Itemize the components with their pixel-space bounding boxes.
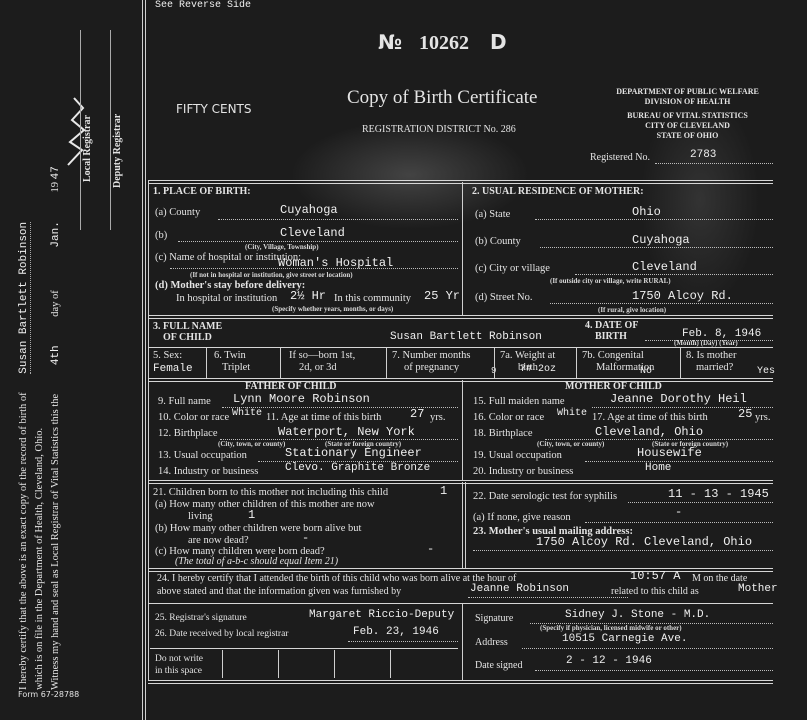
cert-year: 47	[50, 166, 62, 179]
column-divider	[462, 182, 463, 315]
stay-in-hospital: 2½ Hr	[290, 289, 326, 303]
residence-state: Ohio	[632, 205, 661, 219]
underline	[473, 550, 773, 551]
father-name: Lynn Moore Robinson	[233, 392, 370, 406]
divider	[148, 480, 773, 484]
witness-line: Witness my hand and seal as Local Regist…	[50, 166, 62, 690]
strip-border	[142, 0, 143, 720]
informant-name: Jeanne Robinson	[470, 583, 569, 595]
mother-age: 25	[738, 407, 752, 421]
date-received: Feb. 23, 1946	[353, 626, 439, 638]
registered-number-label: Registered No.	[590, 152, 650, 163]
father-heading: FATHER OF CHILD	[245, 381, 336, 392]
cell-divider	[576, 348, 577, 378]
strip-border	[145, 0, 146, 720]
informant-relation: Mother	[738, 583, 778, 595]
cell-divider	[334, 650, 335, 678]
cell-divider	[680, 348, 681, 378]
underline	[348, 641, 458, 642]
form-number: Form 67-28788	[18, 690, 79, 699]
underline	[178, 241, 458, 242]
cert-day: 4th	[50, 345, 62, 365]
attendant-signature: Sidney J. Stone - M.D.	[565, 609, 710, 621]
divider	[148, 378, 773, 382]
mother-heading: MOTHER OF CHILD	[565, 381, 662, 392]
mother-birthplace: Cleveland, Ohio	[595, 425, 703, 439]
column-divider	[462, 482, 463, 568]
underline	[535, 670, 773, 671]
cell-divider	[386, 348, 387, 378]
underline	[628, 502, 773, 503]
registered-number: 2783	[690, 149, 716, 161]
congenital-malformation: No	[640, 366, 652, 377]
serologic-test-date: 11 - 13 - 1945	[668, 487, 769, 501]
cert-line-2: which is on file in the Department of He…	[34, 428, 45, 690]
underline	[218, 219, 458, 220]
cell-divider	[280, 348, 281, 378]
father-industry: Clevo. Graphite Bronze	[285, 462, 430, 474]
children-count: 1	[440, 484, 447, 498]
residence-city: Cleveland	[632, 260, 697, 274]
residence-county: Cuyahoga	[632, 233, 690, 247]
residence-street: 1750 Alcoy Rd.	[632, 289, 733, 303]
signature-line	[110, 30, 111, 230]
underline	[585, 522, 773, 523]
date-signed: 2 - 12 - 1946	[566, 655, 652, 667]
underline	[575, 274, 773, 275]
fee-label: FIFTY CENTS	[176, 102, 252, 116]
mother-industry: Home	[645, 462, 671, 474]
cell-divider	[206, 348, 207, 378]
column-divider	[465, 482, 466, 568]
underline	[468, 597, 628, 598]
divider	[150, 648, 458, 649]
cert-child-name: Susan Bartlett Robinson	[18, 222, 31, 374]
stay-in-community: 25 Yr	[424, 289, 460, 303]
father-birthplace: Waterport, New York	[278, 425, 415, 439]
underline	[535, 219, 773, 220]
mother-mailing-address: 1750 Alcoy Rd. Cleveland, Ohio	[536, 535, 752, 549]
see-reverse-side: See Reverse Side	[155, 0, 251, 11]
underline	[540, 247, 773, 248]
mother-race: White	[557, 408, 587, 419]
father-occupation: Stationary Engineer	[285, 446, 422, 460]
column-divider	[462, 380, 463, 480]
birth-hospital: Woman's Hospital	[278, 256, 393, 270]
underline	[585, 461, 773, 462]
children-living: 1	[248, 508, 255, 522]
cert-month: Jan.	[50, 221, 62, 247]
form-border	[148, 180, 149, 680]
column-divider	[462, 604, 463, 680]
mother-maiden-name: Jeanne Dorothy Heil	[610, 392, 747, 406]
cell-divider	[390, 650, 391, 678]
cell-divider	[278, 650, 279, 678]
children-born-dead: -	[427, 542, 434, 556]
father-age: 27	[410, 407, 424, 421]
registrar-signature: Margaret Riccio-Deputy	[309, 609, 454, 621]
cert-line-1: I hereby certify that the above is an ex…	[18, 222, 30, 690]
document-title: Copy of Birth Certificate	[347, 87, 537, 109]
cell-divider	[494, 348, 495, 378]
certificate-number: № 10262 D	[378, 30, 507, 55]
divider	[148, 315, 773, 319]
signature-line	[80, 30, 81, 230]
serologic-none-reason: -	[675, 505, 682, 519]
attendant-address: 10515 Carnegie Ave.	[562, 633, 687, 645]
mother-married: Yes	[757, 366, 775, 377]
mother-occupation: Housewife	[637, 446, 702, 460]
underline	[550, 303, 773, 304]
birth-city: Cleveland	[280, 226, 345, 240]
divider	[148, 180, 773, 184]
children-now-dead: -	[302, 531, 309, 545]
do-not-write-label: Do not write in this space	[155, 653, 203, 677]
birth-weight: 7# 2oz	[520, 364, 556, 375]
underline	[655, 163, 773, 164]
deputy-registrar-label: Deputy Registrar	[112, 114, 123, 188]
birth-county: Cuyahoga	[280, 203, 338, 217]
registration-district: REGISTRATION DISTRICT No. 286	[362, 124, 516, 135]
child-sex: Female	[153, 363, 193, 375]
divider	[148, 680, 773, 684]
child-full-name: Susan Bartlett Robinson	[390, 331, 542, 343]
local-registrar-label: Local Registrar	[82, 115, 93, 182]
cell-divider	[222, 650, 223, 678]
divider	[148, 603, 773, 604]
father-race: White	[232, 408, 262, 419]
underline	[522, 648, 773, 649]
department-block: DEPARTMENT OF PUBLIC WELFARE DIVISION OF…	[595, 87, 780, 141]
birth-hour: 10:57 A	[630, 569, 680, 583]
